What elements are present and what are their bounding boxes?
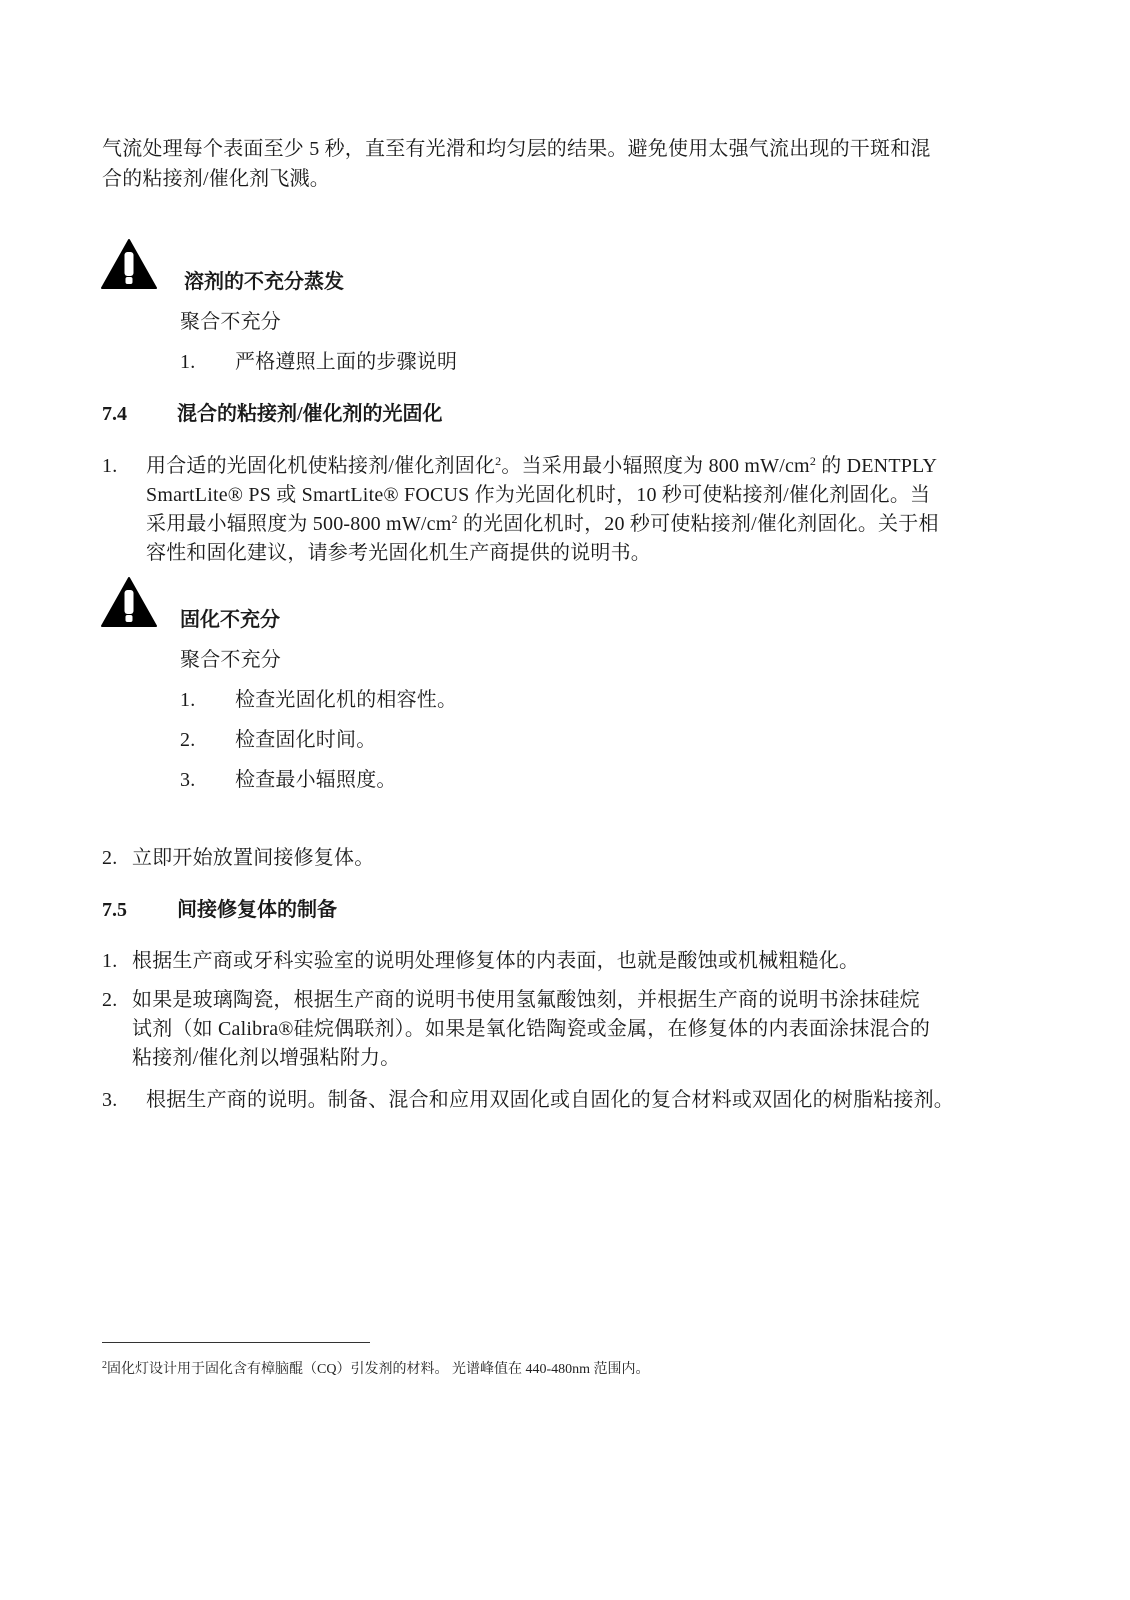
text-run: 采用最小辐照度为 500-800 mW/cm <box>146 513 451 535</box>
warning-step-number: 3. <box>180 766 195 795</box>
section-number-7-4: 7.4 <box>102 400 127 429</box>
warning-step-number: 1. <box>180 686 195 715</box>
section-title-7-4: 混合的粘接剂/催化剂的光固化 <box>177 400 443 429</box>
warning-title-solvent-evaporation: 溶剂的不充分蒸发 <box>184 268 344 297</box>
list-item-text: 根据生产商的说明。制备、混合和应用双固化或自固化的复合材料或双固化的树脂粘接剂。 <box>146 1086 954 1115</box>
list-item-number: 2. <box>102 986 117 1015</box>
warning-step-number: 1. <box>180 348 195 377</box>
intro-line-2: 合的粘接剂/催化剂飞溅。 <box>102 165 330 194</box>
footnote-text: 固化灯设计用于固化含有樟脑醌（CQ）引发剂的材料。 光谱峰值在 440-480n… <box>107 1362 650 1377</box>
list-item-line-3: 采用最小辐照度为 500-800 mW/cm2 的光固化机时，20 秒可使粘接剂… <box>146 510 939 539</box>
warning-step-text: 严格遵照上面的步骤说明 <box>235 348 457 377</box>
warning-step-text: 检查最小辐照度。 <box>235 766 397 795</box>
text-run: 。当采用最小辐照度为 800 mW/cm <box>501 455 809 477</box>
list-item-number: 1. <box>102 452 117 481</box>
list-item-number: 2. <box>102 844 117 873</box>
section-title-7-5: 间接修复体的制备 <box>177 896 337 925</box>
warning-step-text: 检查光固化机的相容性。 <box>235 686 457 715</box>
footnote-divider <box>102 1342 370 1343</box>
text-run: 的光固化机时，20 秒可使粘接剂/催化剂固化。关于相 <box>458 513 939 535</box>
list-item-text: 立即开始放置间接修复体。 <box>132 844 374 873</box>
list-item-line-1: 用合适的光固化机使粘接剂/催化剂固化2。当采用最小辐照度为 800 mW/cm2… <box>146 452 937 481</box>
list-item-number: 1. <box>102 947 117 976</box>
footnote: 2固化灯设计用于固化含有樟脑醌（CQ）引发剂的材料。 光谱峰值在 440-480… <box>102 1360 650 1380</box>
list-item-line-4: 容性和固化建议，请参考光固化机生产商提供的说明书。 <box>146 539 651 568</box>
warning-triangle-icon <box>100 238 158 290</box>
text-run: 用合适的光固化机使粘接剂/催化剂固化 <box>146 455 495 477</box>
list-item-line-2: SmartLite® PS 或 SmartLite® FOCUS 作为光固化机时… <box>146 481 930 510</box>
text-run: 的 DENTPLY <box>816 455 937 477</box>
list-item-text: 根据生产商或牙科实验室的说明处理修复体的内表面，也就是酸蚀或机械粗糙化。 <box>132 947 859 976</box>
section-number-7-5: 7.5 <box>102 896 127 925</box>
warning-title-insufficient-curing: 固化不充分 <box>180 606 280 635</box>
warning-subtitle: 聚合不充分 <box>180 308 281 337</box>
list-item-line-1: 如果是玻璃陶瓷，根据生产商的说明书使用氢氟酸蚀刻，并根据生产商的说明书涂抹硅烷 <box>132 986 920 1015</box>
warning-step-text: 检查固化时间。 <box>235 726 376 755</box>
intro-line-1: 气流处理每个表面至少 5 秒，直至有光滑和均匀层的结果。避免使用太强气流出现的干… <box>102 135 931 164</box>
warning-subtitle: 聚合不充分 <box>180 646 281 675</box>
list-item-number: 3. <box>102 1086 117 1115</box>
warning-triangle-icon <box>100 576 158 628</box>
list-item-line-3: 粘接剂/催化剂以增强粘附力。 <box>132 1044 400 1073</box>
warning-step-number: 2. <box>180 726 195 755</box>
list-item-line-2: 试剂（如 Calibra®硅烷偶联剂）。如果是氧化锆陶瓷或金属，在修复体的内表面… <box>132 1015 930 1044</box>
